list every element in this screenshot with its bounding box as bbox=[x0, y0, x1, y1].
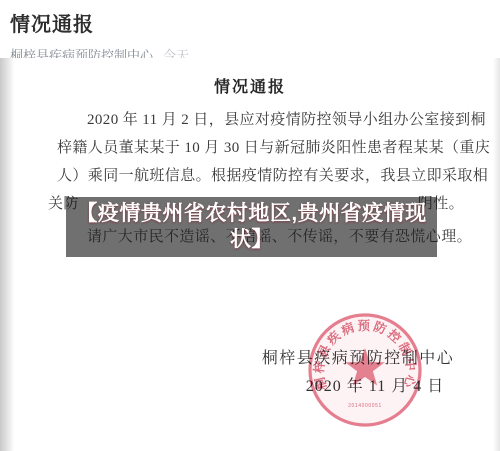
scan-edge-shadow-left bbox=[0, 58, 16, 451]
caption-overlay-banner: 【疫情贵州省农村地区,贵州省疫情现 状】 bbox=[66, 197, 437, 257]
official-seal-stamp-icon: 桐梓县疾病预防控制中心 2014000051 bbox=[303, 308, 427, 432]
notice-line-1: 2020 年 11 月 2 日，县应对疫情防控领导小组办公室接到桐 bbox=[57, 106, 456, 134]
article-header: 情况通报 桐梓县疾病预防控制中心今天 bbox=[0, 0, 500, 58]
notice-title: 情况通报 bbox=[0, 74, 500, 97]
notice-line-2: 梓籍人员董某某于 10 月 30 日与新冠肺炎阳性患者程某某（重庆 bbox=[57, 134, 456, 162]
notice-document-image[interactable]: 情况通报 2020 年 11 月 2 日，县应对疫情防控领导小组办公室接到桐 梓… bbox=[0, 58, 500, 451]
seal-code: 2014000051 bbox=[348, 403, 382, 409]
caption-line-1: 【疫情贵州省农村地区,贵州省疫情现 bbox=[76, 201, 426, 227]
caption-line-2: 状】 bbox=[230, 227, 273, 253]
article-page: 情况通报 桐梓县疾病预防控制中心今天 情况通报 2020 年 11 月 2 日，… bbox=[0, 0, 500, 451]
notice-line-3: 人）乘同一航班信息。根据疫情防控有关要求，我县立即采取相 bbox=[57, 162, 456, 190]
article-title: 情况通报 bbox=[10, 8, 500, 37]
scan-edge-shadow-right bbox=[493, 58, 500, 451]
